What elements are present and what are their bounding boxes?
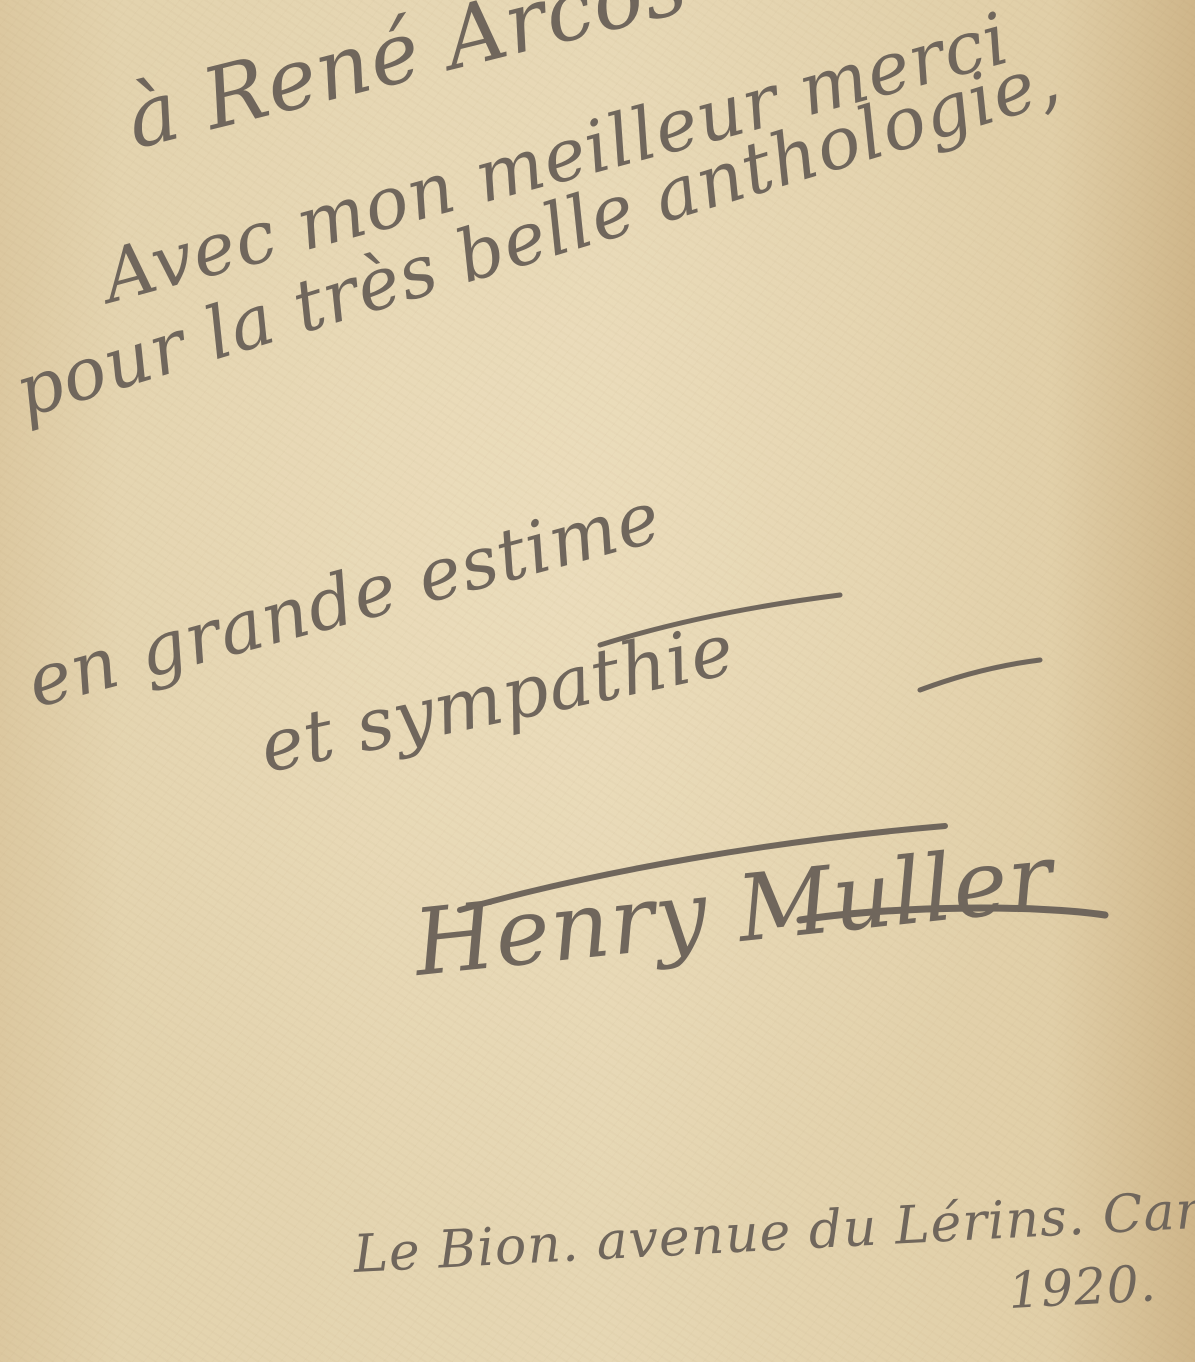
date-year: 1920. (1007, 1254, 1158, 1320)
author-signature: Henry Muller (409, 823, 1059, 997)
inscribed-page: à René Arcos Avec mon meilleur merci pou… (0, 0, 1195, 1362)
underline-flourish-sympathy (920, 660, 1040, 690)
